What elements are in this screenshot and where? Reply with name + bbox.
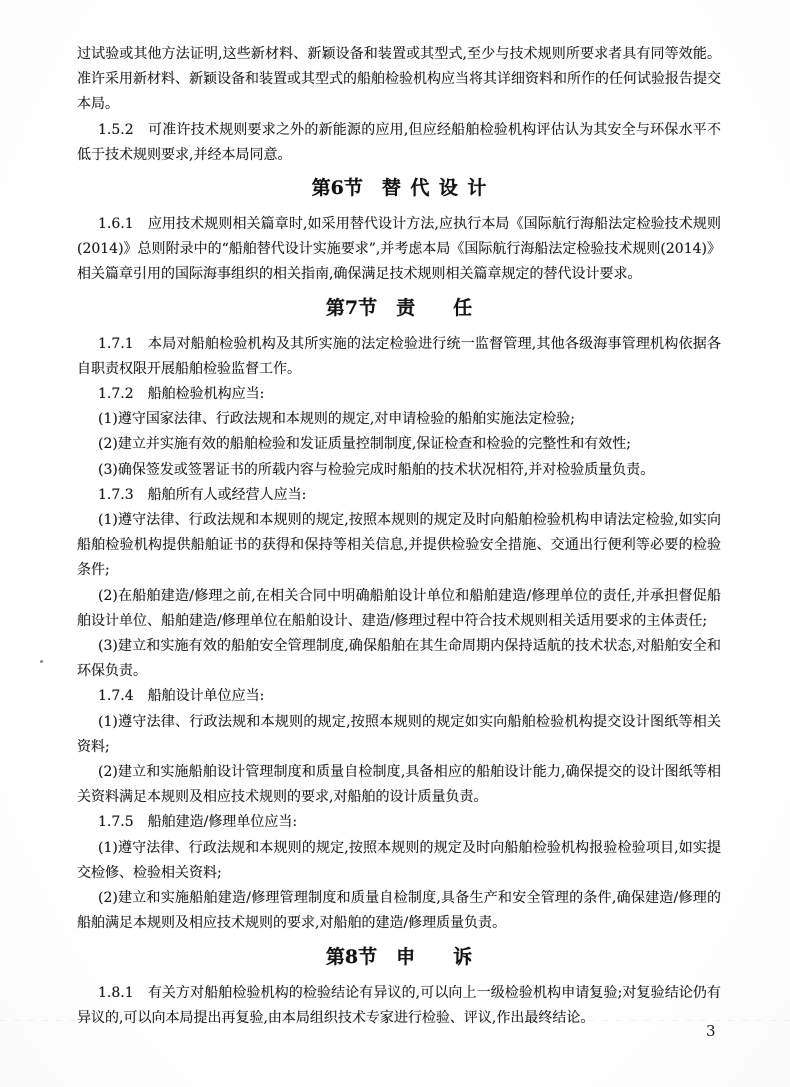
body-paragraph: (3)确保签发或签署证书的所载内容与检验完成时船舶的技术状况相符,并对检验质量负… [77,458,721,483]
body-paragraph: (1)遵守法律、行政法规和本规则的规定,按照本规则的规定及时向船舶检验机构报验检… [77,836,721,886]
body-paragraph: (1)遵守法律、行政法规和本规则的规定,按照本规则的规定及时向船舶检验机构申请法… [77,508,721,584]
body-paragraph: (2)建立和实施船舶建造/修理管理制度和质量自检制度,具备生产和安全管理的条件,… [77,886,721,936]
section-heading: 第8节 申 诉 [77,944,721,970]
page-number: 3 [706,1022,726,1040]
body-paragraph: (2)建立和实施船舶设计管理制度和质量自检制度,具备相应的船舶设计能力,确保提交… [77,760,721,810]
body-paragraph: 1.7.5 船舶建造/修理单位应当: [77,810,721,835]
body-paragraph: 过试验或其他方法证明,这些新材料、新颖设备和装置或其型式,至少与技术规则所要求者… [77,42,721,118]
scan-speck-artifact [40,660,43,663]
body-paragraph: (1)遵守法律、行政法规和本规则的规定,按照本规则的规定如实向船舶检验机构提交设… [77,710,721,760]
body-paragraph: 1.7.2 船舶检验机构应当: [77,382,721,407]
section-heading: 第6节 替 代 设 计 [77,175,721,201]
body-paragraph: (3)建立和实施有效的船舶安全管理制度,确保船舶在其生命周期内保持适航的技术状态… [77,634,721,684]
scan-artifact-line [0,1020,790,1021]
section-heading: 第7节 责 任 [77,295,721,321]
body-paragraph: 1.6.1 应用技术规则相关篇章时,如采用替代设计方法,应执行本局《国际航行海船… [77,212,721,288]
body-paragraph: (2)在船舶建造/修理之前,在相关合同中明确船舶设计单位和船舶建造/修理单位的责… [77,584,721,634]
body-paragraph: (2)建立并实施有效的船舶检验和发证质量控制制度,保证检查和检验的完整性和有效性… [77,432,721,457]
body-paragraph: 1.8.1 有关方对船舶检验机构的检验结论有异议的,可以向上一级检验机构申请复验… [77,981,721,1031]
body-paragraph: 1.5.2 可准许技术规则要求之外的新能源的应用,但应经船舶检验机构评估认为其安… [77,118,721,168]
body-paragraph: 1.7.1 本局对船舶检验机构及其所实施的法定检验进行统一监督管理,其他各级海事… [77,332,721,382]
body-paragraph: 1.7.3 船舶所有人或经营人应当: [77,483,721,508]
page-content: 过试验或其他方法证明,这些新材料、新颖设备和装置或其型式,至少与技术规则所要求者… [77,42,721,1031]
body-paragraph: 1.7.4 船舶设计单位应当: [77,684,721,709]
body-paragraph: (1)遵守国家法律、行政法规和本规则的规定,对申请检验的船舶实施法定检验; [77,407,721,432]
document-page: 过试验或其他方法证明,这些新材料、新颖设备和装置或其型式,至少与技术规则所要求者… [0,0,790,1087]
